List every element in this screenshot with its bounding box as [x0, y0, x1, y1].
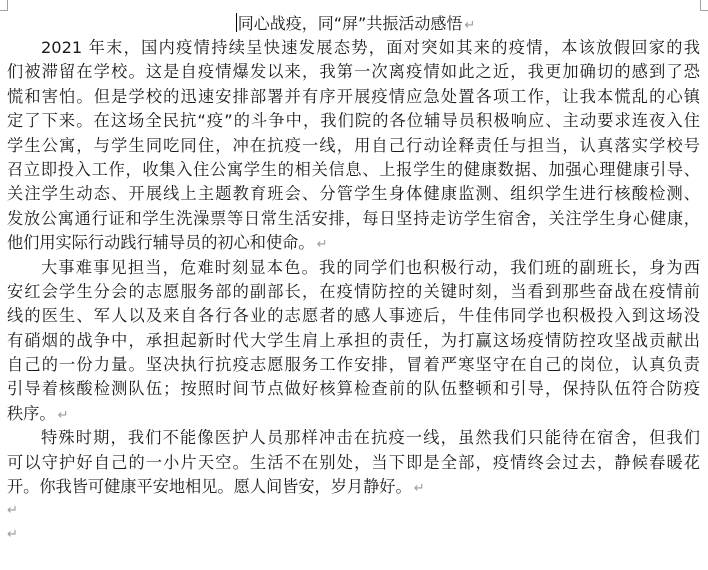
- empty-paragraph[interactable]: ↵: [7, 499, 700, 523]
- document-page[interactable]: 同心战疫，同“屏”共振活动感悟↵ 2021 年末，国内疫情持续呈快速发展态势，面…: [7, 12, 700, 547]
- text-line: 引导着核酸检测队伍；按照时间节点做好核算检查前的队伍整顿和引导，保持队伍符合防疫: [7, 377, 700, 401]
- document-title: 同心战疫，同“屏”共振活动感悟: [238, 14, 463, 33]
- text-line-last: 秩序。↵: [7, 402, 700, 426]
- text-line-last: 开。你我皆可健康平安地相见。愿人间皆安，岁月静好。↵: [7, 475, 700, 499]
- text-line: 慌和害怕。但是学校的迅速安排部署并有序开展疫情应急处置各项工作，让我本慌乱的心镇: [7, 85, 700, 109]
- text-line-last: 他们用实际行动践行辅导员的初心和使命。↵: [7, 231, 700, 255]
- text-line-content: 他们用实际行动践行辅导员的初心和使命。: [7, 233, 315, 252]
- text-line: 有硝烟的战争中，承担起新时代大学生肩上承担的责任，为打赢这场疫情防控攻坚战贡献出: [7, 329, 700, 353]
- paragraph-mark-icon: ↵: [7, 503, 18, 518]
- paragraph-mark-icon: ↵: [58, 408, 69, 423]
- text-line-content: 开。你我皆可健康平安地相见。愿人间皆安，岁月静好。: [7, 477, 412, 496]
- text-line-content: 秩序。: [7, 404, 56, 423]
- text-line: 定了下来。在这场全民抗“疫”的斗争中，我们院的各位辅导员积极响应、主动要求连夜入…: [7, 109, 700, 133]
- text-line: 召立即投入工作，收集入住公寓学生的相关信息、上报学生的健康数据、加强心理健康引导…: [7, 158, 700, 182]
- text-line: 2021 年末，国内疫情持续呈快速发展态势，面对突如其来的疫情，本该放假回家的我: [7, 36, 700, 60]
- text-line: 可以守护好自己的一小片天空。生活不在别处，当下即是全部，疫情终会过去，静候春暖花: [7, 451, 700, 475]
- paragraph-2[interactable]: 大事难事见担当，危难时刻显本色。我的同学们也积极行动，我们班的副班长，身为西 安…: [7, 256, 700, 427]
- paragraph-1[interactable]: 2021 年末，国内疫情持续呈快速发展态势，面对突如其来的疫情，本该放假回家的我…: [7, 36, 700, 256]
- paragraph-mark-icon: ↵: [317, 237, 328, 252]
- document-title-line[interactable]: 同心战疫，同“屏”共振活动感悟↵: [7, 12, 700, 36]
- text-line: 学生公寓，与学生同吃同住，冲在抗疫一线，用自己行动诠释责任与担当，认真落实学校号: [7, 134, 700, 158]
- page-corner-mark-top-left: [0, 0, 8, 11]
- text-line: 关注学生动态、开展线上主题教育班会、分管学生身体健康监测、组织学生进行核酸检测、: [7, 182, 700, 206]
- text-line: 们被滞留在学校。这是自疫情爆发以来，我第一次离疫情如此之近，我更加确切的感到了恐: [7, 60, 700, 84]
- text-line: 安红会学生分会的志愿服务部的副部长，在疫情防控的关键时刻，当看到那些奋战在疫情前: [7, 280, 700, 304]
- text-line: 特殊时期，我们不能像医护人员那样冲击在抗疫一线，虽然我们只能待在宿舍，但我们: [7, 426, 700, 450]
- text-line: 发放公寓通行证和学生洗澡票等日常生活安排，每日坚持走访学生宿舍，关注学生身心健康…: [7, 207, 700, 231]
- text-line: 大事难事见担当，危难时刻显本色。我的同学们也积极行动，我们班的副班长，身为西: [7, 256, 700, 280]
- paragraph-3[interactable]: 特殊时期，我们不能像医护人员那样冲击在抗疫一线，虽然我们只能待在宿舍，但我们 可…: [7, 426, 700, 499]
- paragraph-mark-icon: ↵: [414, 481, 425, 496]
- paragraph-mark-icon: ↵: [464, 18, 475, 33]
- text-line: 线的医生、军人以及来自各行各业的志愿者的感人事迹后，牛佳伟同学也积极投入到这场没: [7, 304, 700, 328]
- page-corner-mark-top-right: [700, 0, 708, 11]
- empty-paragraph[interactable]: ↵: [7, 523, 700, 547]
- text-cursor: [236, 13, 237, 32]
- paragraph-mark-icon: ↵: [7, 527, 18, 542]
- text-line: 自己的一份力量。坚决执行抗疫志愿服务工作安排，冒着严寒坚守在自己的岗位，认真负责: [7, 353, 700, 377]
